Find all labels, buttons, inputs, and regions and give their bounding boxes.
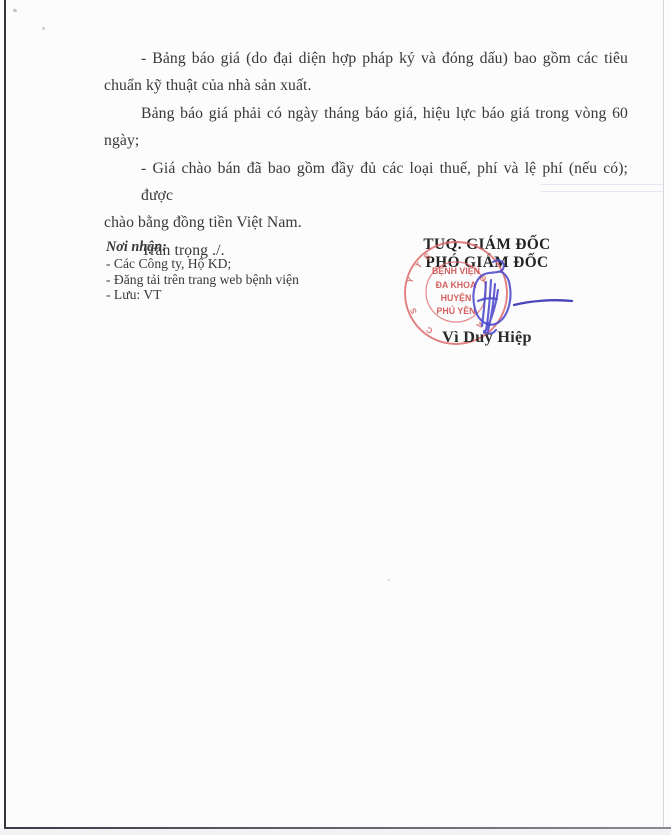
body-line-2: chuẩn kỹ thuật của nhà sản xuất. <box>104 72 628 99</box>
signer-name: Vì Duy Hiệp <box>412 328 562 347</box>
scan-speck-3 <box>387 579 390 581</box>
stamp-arc-letter-3: Y <box>405 276 415 284</box>
recipients-heading: Nơi nhận: <box>106 240 366 255</box>
scan-speck-1 <box>13 8 18 13</box>
scan-edge-right <box>663 0 664 827</box>
signature-flourish-line <box>514 300 572 305</box>
signature-ink <box>473 261 572 334</box>
recipient-item-1: - Các Công ty, Hộ KD; <box>106 256 366 271</box>
scan-edge-left <box>4 0 6 829</box>
stamp-arc-letter-2: T <box>414 261 424 270</box>
scan-lower-margin <box>0 829 671 835</box>
body-line-6: chào bằng đồng tiền Việt Nam. <box>104 209 628 236</box>
scan-speck-2 <box>42 27 45 30</box>
body-line-3: Bảng báo giá phải có ngày tháng báo giá,… <box>104 100 628 127</box>
recipient-item-3: - Lưu: VT <box>106 287 366 302</box>
body-paragraphs: - Bảng báo giá (do đại diện hợp pháp ký … <box>104 45 628 264</box>
stamp-arc-letter-1: Ế <box>422 251 433 263</box>
recipient-item-2: - Đăng tải trên trang web bệnh viện <box>106 272 366 287</box>
body-line-1: - Bảng báo giá (do đại diện hợp pháp ký … <box>104 45 628 72</box>
recipients-block: Nơi nhận: - Các Công ty, Hộ KD; - Đăng t… <box>106 240 366 303</box>
body-line-5: - Giá chào bán đã bao gồm đầy đủ các loạ… <box>104 155 628 210</box>
stamp-center-line-3: HUYỆN <box>441 292 472 303</box>
stamp-center-line-4: PHÚ YÊN <box>437 305 476 316</box>
scanned-document-page: - Bảng báo giá (do đại diện hợp pháp ký … <box>0 0 671 835</box>
stamp-center-line-1: BỆNH VIỆN <box>432 265 480 276</box>
body-line-4: ngày; <box>104 127 628 154</box>
stamp-arc-letter-4: S <box>408 306 419 315</box>
stamp-center-line-2: ĐA KHOA <box>436 280 477 290</box>
